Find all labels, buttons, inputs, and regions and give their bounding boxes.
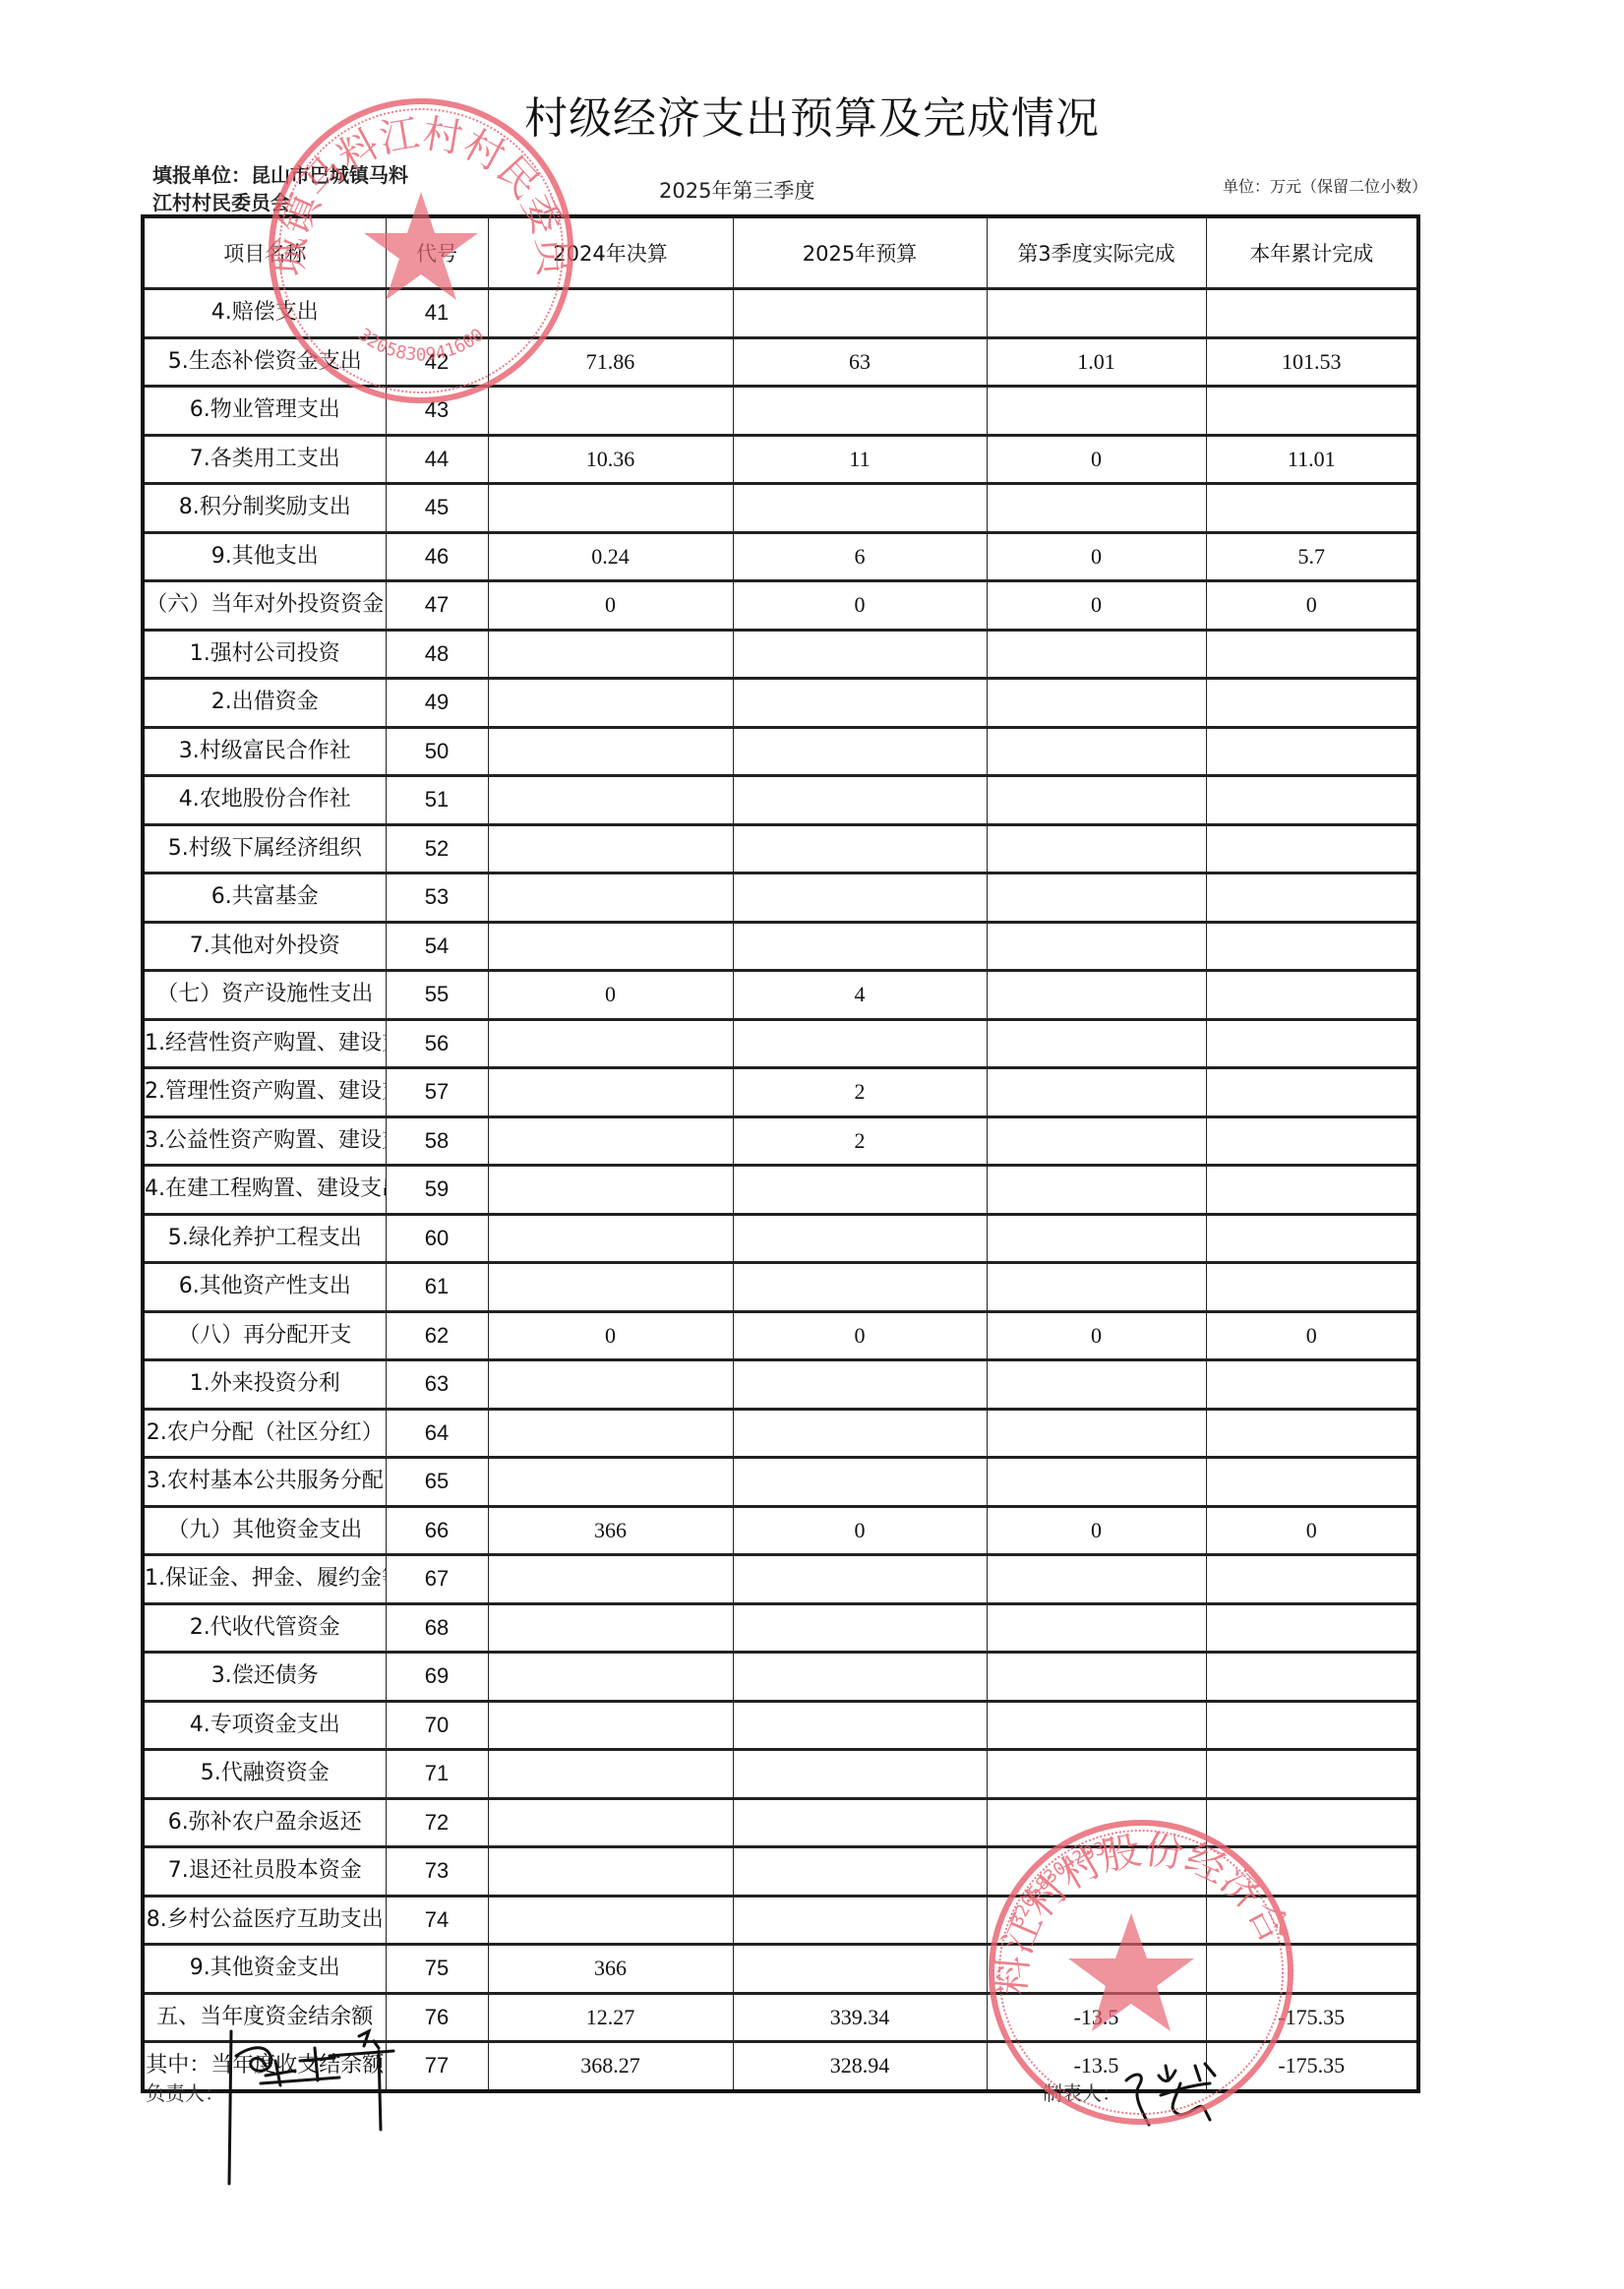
item-name-cell: （九）其他资金支出 [143, 1506, 386, 1555]
q3-actual-cell [987, 1360, 1206, 1410]
table-row: 1.外来投资分利63 [143, 1360, 1418, 1410]
table-row: 2.出借资金49 [143, 679, 1418, 728]
final-2024-cell: 0.24 [488, 532, 733, 581]
code-cell: 51 [386, 776, 488, 825]
final-2024-cell [488, 1798, 733, 1847]
item-name-cell: 4.在建工程购置、建设支出 [143, 1166, 386, 1215]
q3-actual-cell [987, 289, 1206, 338]
final-2024-cell: 0 [488, 1311, 733, 1360]
table-row: 其中：当年度收支结余额77368.27328.94-13.5-175.35 [143, 2042, 1418, 2091]
budget-2025-cell: 4 [733, 971, 987, 1020]
item-name-cell: 9.其他资金支出 [143, 1945, 386, 1994]
table-row: 5.村级下属经济组织52 [143, 824, 1418, 873]
item-name-cell: 3.村级富民合作社 [143, 727, 386, 776]
item-name-cell: 1.经营性资产购置、建设支出 [143, 1019, 386, 1068]
budget-2025-cell [733, 1019, 987, 1068]
final-2024-cell [488, 824, 733, 873]
ytd-completed-cell: 0 [1206, 1506, 1418, 1555]
budget-2025-cell [733, 484, 987, 533]
q3-actual-cell [987, 873, 1206, 923]
ytd-completed-cell [1206, 1701, 1418, 1750]
code-cell: 46 [386, 532, 488, 581]
table-row: （八）再分配开支620000 [143, 1311, 1418, 1360]
budget-2025-cell: 2 [733, 1116, 987, 1166]
final-2024-cell [488, 727, 733, 776]
item-name-cell: 4.赔偿支出 [143, 289, 386, 338]
q3-actual-cell [987, 679, 1206, 728]
code-cell: 43 [386, 387, 488, 436]
q3-actual-cell [987, 1653, 1206, 1702]
table-row: 6.其他资产性支出61 [143, 1263, 1418, 1312]
ytd-completed-cell [1206, 1603, 1418, 1653]
code-cell: 75 [386, 1945, 488, 1994]
item-name-cell: 5.代融资资金 [143, 1750, 386, 1799]
table-row: 6.共富基金53 [143, 873, 1418, 923]
q3-actual-cell [987, 971, 1206, 1020]
budget-2025-cell [733, 873, 987, 923]
final-2024-cell [488, 387, 733, 436]
final-2024-cell [488, 484, 733, 533]
q3-actual-cell: 0 [987, 435, 1206, 484]
final-2024-cell: 368.27 [488, 2042, 733, 2091]
ytd-completed-cell [1206, 387, 1418, 436]
q3-actual-cell [987, 387, 1206, 436]
item-name-cell: 6.弥补农户盈余返还 [143, 1798, 386, 1847]
final-2024-cell [488, 776, 733, 825]
item-name-cell: 8.乡村公益医疗互助支出 [143, 1896, 386, 1945]
item-name-cell: 9.其他支出 [143, 532, 386, 581]
item-name-cell: 1.外来投资分利 [143, 1360, 386, 1410]
q3-actual-cell: 0 [987, 1506, 1206, 1555]
q3-actual-cell [987, 922, 1206, 971]
responsible-person-label: 负责人： [146, 2078, 224, 2106]
ytd-completed-cell [1206, 1166, 1418, 1215]
q3-actual-cell: 0 [987, 532, 1206, 581]
item-name-cell: 6.共富基金 [143, 873, 386, 923]
code-cell: 71 [386, 1750, 488, 1799]
table-row: 5.绿化养护工程支出60 [143, 1214, 1418, 1263]
final-2024-cell: 366 [488, 1945, 733, 1994]
table-row: 9.其他资金支出75366 [143, 1945, 1418, 1994]
ytd-completed-cell [1206, 1409, 1418, 1458]
ytd-completed-cell [1206, 873, 1418, 923]
table-row: 3.偿还债务69 [143, 1653, 1418, 1702]
code-cell: 72 [386, 1798, 488, 1847]
code-cell: 62 [386, 1311, 488, 1360]
table-row: 1.保证金、押金、履约金等67 [143, 1555, 1418, 1604]
budget-2025-cell [733, 1409, 987, 1458]
table-row: 6.弥补农户盈余返还72 [143, 1798, 1418, 1847]
budget-2025-cell [733, 1847, 987, 1897]
code-cell: 47 [386, 581, 488, 631]
ytd-completed-cell: 101.53 [1206, 337, 1418, 387]
final-2024-cell [488, 1603, 733, 1653]
ytd-completed-cell [1206, 1214, 1418, 1263]
budget-2025-cell: 328.94 [733, 2042, 987, 2091]
budget-2025-cell: 63 [733, 337, 987, 387]
item-name-cell: 7.其他对外投资 [143, 922, 386, 971]
code-cell: 64 [386, 1409, 488, 1458]
q3-actual-cell: -13.5 [987, 1993, 1206, 2042]
code-cell: 57 [386, 1068, 488, 1117]
table-row: 5.代融资资金71 [143, 1750, 1418, 1799]
header-2025-budget: 2025年预算 [733, 216, 987, 289]
table-row: 4.农地股份合作社51 [143, 776, 1418, 825]
table-row: 2.农户分配（社区分红）64 [143, 1409, 1418, 1458]
q3-actual-cell [987, 1701, 1206, 1750]
final-2024-cell [488, 1116, 733, 1166]
budget-2025-cell: 11 [733, 435, 987, 484]
ytd-completed-cell [1206, 1458, 1418, 1507]
code-cell: 69 [386, 1653, 488, 1702]
q3-actual-cell [987, 1458, 1206, 1507]
table-row: 7.各类用工支出4410.3611011.01 [143, 435, 1418, 484]
budget-2025-cell [733, 1945, 987, 1994]
item-name-cell: 5.生态补偿资金支出 [143, 337, 386, 387]
budget-2025-cell [733, 1458, 987, 1507]
budget-2025-cell [733, 1555, 987, 1604]
code-cell: 70 [386, 1701, 488, 1750]
preparer-label: 制表人： [1043, 2078, 1121, 2106]
q3-actual-cell [987, 1896, 1206, 1945]
budget-2025-cell [733, 1701, 987, 1750]
table-row: 4.在建工程购置、建设支出59 [143, 1166, 1418, 1215]
q3-actual-cell [987, 1263, 1206, 1312]
code-cell: 67 [386, 1555, 488, 1604]
final-2024-cell [488, 873, 733, 923]
budget-2025-cell [733, 1263, 987, 1312]
budget-2025-cell [733, 824, 987, 873]
final-2024-cell [488, 679, 733, 728]
code-cell: 66 [386, 1506, 488, 1555]
ytd-completed-cell: -175.35 [1206, 1993, 1418, 2042]
item-name-cell: 2.出借资金 [143, 679, 386, 728]
ytd-completed-cell [1206, 630, 1418, 679]
budget-2025-cell [733, 630, 987, 679]
item-name-cell: 4.农地股份合作社 [143, 776, 386, 825]
ytd-completed-cell [1206, 1798, 1418, 1847]
q3-actual-cell [987, 1166, 1206, 1215]
item-name-cell: 1.保证金、押金、履约金等 [143, 1555, 386, 1604]
final-2024-cell [488, 922, 733, 971]
final-2024-cell [488, 1214, 733, 1263]
code-cell: 60 [386, 1214, 488, 1263]
header-ytd-completed: 本年累计完成 [1206, 216, 1418, 289]
item-name-cell: 4.专项资金支出 [143, 1701, 386, 1750]
table-row: 5.生态补偿资金支出4271.86631.01101.53 [143, 337, 1418, 387]
budget-2025-cell [733, 922, 987, 971]
table-row: （九）其他资金支出66366000 [143, 1506, 1418, 1555]
final-2024-cell: 0 [488, 581, 733, 631]
item-name-cell: （八）再分配开支 [143, 1311, 386, 1360]
q3-actual-cell [987, 1116, 1206, 1166]
ytd-completed-cell [1206, 1019, 1418, 1068]
final-2024-cell [488, 1019, 733, 1068]
code-cell: 45 [386, 484, 488, 533]
budget-2025-cell [733, 387, 987, 436]
budget-2025-cell [733, 1214, 987, 1263]
table-row: 五、当年度资金结余额7612.27339.34-13.5-175.35 [143, 1993, 1418, 2042]
final-2024-cell [488, 1458, 733, 1507]
code-cell: 48 [386, 630, 488, 679]
code-cell: 77 [386, 2042, 488, 2091]
table-row: 1.经营性资产购置、建设支出56 [143, 1019, 1418, 1068]
item-name-cell: （七）资产设施性支出 [143, 971, 386, 1020]
q3-actual-cell [987, 1555, 1206, 1604]
code-cell: 41 [386, 289, 488, 338]
q3-actual-cell [987, 1750, 1206, 1799]
code-cell: 68 [386, 1603, 488, 1653]
final-2024-cell [488, 1166, 733, 1215]
ytd-completed-cell [1206, 824, 1418, 873]
final-2024-cell [488, 1847, 733, 1897]
budget-2025-cell: 0 [733, 581, 987, 631]
ytd-completed-cell: 11.01 [1206, 435, 1418, 484]
expenditure-table: 项目名称 代号 2024年决算 2025年预算 第3季度实际完成 本年累计完成 … [141, 214, 1420, 2093]
final-2024-cell: 366 [488, 1506, 733, 1555]
budget-2025-cell [733, 1166, 987, 1215]
table-row: 2.代收代管资金68 [143, 1603, 1418, 1653]
budget-2025-cell [733, 1896, 987, 1945]
item-name-cell: 2.农户分配（社区分红） [143, 1409, 386, 1458]
table-row: 3.农村基本公共服务分配65 [143, 1458, 1418, 1507]
ytd-completed-cell [1206, 922, 1418, 971]
q3-actual-cell [987, 1214, 1206, 1263]
table-header-row: 项目名称 代号 2024年决算 2025年预算 第3季度实际完成 本年累计完成 [143, 216, 1418, 289]
table-row: 8.积分制奖励支出45 [143, 484, 1418, 533]
table-row: 4.赔偿支出41 [143, 289, 1418, 338]
table-row: 9.其他支出460.24605.7 [143, 532, 1418, 581]
final-2024-cell [488, 1750, 733, 1799]
budget-2025-cell [733, 1750, 987, 1799]
budget-2025-cell [733, 1603, 987, 1653]
table-row: （七）资产设施性支出5504 [143, 971, 1418, 1020]
code-cell: 58 [386, 1116, 488, 1166]
q3-actual-cell: 0 [987, 581, 1206, 631]
code-cell: 42 [386, 337, 488, 387]
final-2024-cell: 71.86 [488, 337, 733, 387]
final-2024-cell [488, 1653, 733, 1702]
code-cell: 73 [386, 1847, 488, 1897]
ytd-completed-cell [1206, 1847, 1418, 1897]
ytd-completed-cell: 0 [1206, 1311, 1418, 1360]
ytd-completed-cell: 5.7 [1206, 532, 1418, 581]
table-row: 1.强村公司投资48 [143, 630, 1418, 679]
code-cell: 50 [386, 727, 488, 776]
code-cell: 52 [386, 824, 488, 873]
q3-actual-cell [987, 1847, 1206, 1897]
code-cell: 65 [386, 1458, 488, 1507]
q3-actual-cell [987, 484, 1206, 533]
item-name-cell: 3.农村基本公共服务分配 [143, 1458, 386, 1507]
final-2024-cell [488, 1701, 733, 1750]
budget-2025-cell: 6 [733, 532, 987, 581]
q3-actual-cell [987, 776, 1206, 825]
ytd-completed-cell [1206, 1263, 1418, 1312]
table-row: 7.退还社员股本资金73 [143, 1847, 1418, 1897]
table-row: 3.公益性资产购置、建设支出582 [143, 1116, 1418, 1166]
budget-2025-cell [733, 1798, 987, 1847]
ytd-completed-cell [1206, 1653, 1418, 1702]
code-cell: 56 [386, 1019, 488, 1068]
page-title: 村级经济支出预算及完成情况 [0, 83, 1624, 146]
header-code: 代号 [386, 216, 488, 289]
item-name-cell: 7.各类用工支出 [143, 435, 386, 484]
ytd-completed-cell [1206, 1068, 1418, 1117]
item-name-cell: 2.代收代管资金 [143, 1603, 386, 1653]
q3-actual-cell [987, 1068, 1206, 1117]
final-2024-cell [488, 1360, 733, 1410]
ytd-completed-cell [1206, 727, 1418, 776]
q3-actual-cell [987, 1603, 1206, 1653]
header-2024-final: 2024年决算 [488, 216, 733, 289]
table-row: 3.村级富民合作社50 [143, 727, 1418, 776]
item-name-cell: 8.积分制奖励支出 [143, 484, 386, 533]
budget-2025-cell [733, 1360, 987, 1410]
ytd-completed-cell [1206, 289, 1418, 338]
q3-actual-cell: 1.01 [987, 337, 1206, 387]
final-2024-cell [488, 1263, 733, 1312]
final-2024-cell: 0 [488, 971, 733, 1020]
final-2024-cell [488, 289, 733, 338]
final-2024-cell [488, 1068, 733, 1117]
code-cell: 63 [386, 1360, 488, 1410]
table-row: 8.乡村公益医疗互助支出74 [143, 1896, 1418, 1945]
ytd-completed-cell: 0 [1206, 581, 1418, 631]
item-name-cell: 2.管理性资产购置、建设支出 [143, 1068, 386, 1117]
item-name-cell: 7.退还社员股本资金 [143, 1847, 386, 1897]
code-cell: 55 [386, 971, 488, 1020]
q3-actual-cell [987, 727, 1206, 776]
budget-2025-cell: 2 [733, 1068, 987, 1117]
table-row: 6.物业管理支出43 [143, 387, 1418, 436]
item-name-cell: 5.村级下属经济组织 [143, 824, 386, 873]
table-row: （六）当年对外投资资金470000 [143, 581, 1418, 631]
item-name-cell: 3.公益性资产购置、建设支出 [143, 1116, 386, 1166]
final-2024-cell: 10.36 [488, 435, 733, 484]
budget-2025-cell: 339.34 [733, 1993, 987, 2042]
item-name-cell: 1.强村公司投资 [143, 630, 386, 679]
budget-2025-cell [733, 679, 987, 728]
budget-2025-cell: 0 [733, 1506, 987, 1555]
item-name-cell: （六）当年对外投资资金 [143, 581, 386, 631]
item-name-cell: 5.绿化养护工程支出 [143, 1214, 386, 1263]
final-2024-cell [488, 630, 733, 679]
ytd-completed-cell [1206, 1360, 1418, 1410]
header-item-name: 项目名称 [143, 216, 386, 289]
budget-2025-cell [733, 776, 987, 825]
final-2024-cell [488, 1896, 733, 1945]
ytd-completed-cell: -175.35 [1206, 2042, 1418, 2091]
reporting-unit: 填报单位：昆山市巴城镇马料江村村民委员会 [152, 161, 408, 216]
code-cell: 54 [386, 922, 488, 971]
table-body: 4.赔偿支出415.生态补偿资金支出4271.86631.01101.536.物… [143, 289, 1418, 2091]
ytd-completed-cell [1206, 484, 1418, 533]
budget-2025-cell [733, 289, 987, 338]
code-cell: 76 [386, 1993, 488, 2042]
code-cell: 59 [386, 1166, 488, 1215]
final-2024-cell [488, 1555, 733, 1604]
q3-actual-cell [987, 1409, 1206, 1458]
q3-actual-cell [987, 630, 1206, 679]
ytd-completed-cell [1206, 776, 1418, 825]
item-name-cell: 3.偿还债务 [143, 1653, 386, 1702]
q3-actual-cell [987, 1945, 1206, 1994]
ytd-completed-cell [1206, 1750, 1418, 1799]
q3-actual-cell [987, 1798, 1206, 1847]
ytd-completed-cell [1206, 1555, 1418, 1604]
code-cell: 61 [386, 1263, 488, 1312]
ytd-completed-cell [1206, 971, 1418, 1020]
header-q3-actual: 第3季度实际完成 [987, 216, 1206, 289]
table-row: 2.管理性资产购置、建设支出572 [143, 1068, 1418, 1117]
item-name-cell: 五、当年度资金结余额 [143, 1993, 386, 2042]
ytd-completed-cell [1206, 1945, 1418, 1994]
table-row: 4.专项资金支出70 [143, 1701, 1418, 1750]
table-row: 7.其他对外投资54 [143, 922, 1418, 971]
code-cell: 74 [386, 1896, 488, 1945]
code-cell: 53 [386, 873, 488, 923]
ytd-completed-cell [1206, 1896, 1418, 1945]
q3-actual-cell: 0 [987, 1311, 1206, 1360]
item-name-cell: 6.其他资产性支出 [143, 1263, 386, 1312]
unit-note: 单位：万元（保留二位小数） [1223, 174, 1427, 197]
code-cell: 49 [386, 679, 488, 728]
q3-actual-cell [987, 824, 1206, 873]
final-2024-cell: 12.27 [488, 1993, 733, 2042]
final-2024-cell [488, 1409, 733, 1458]
reporting-period: 2025年第三季度 [659, 175, 814, 205]
budget-2025-cell [733, 1653, 987, 1702]
budget-2025-cell [733, 727, 987, 776]
item-name-cell: 6.物业管理支出 [143, 387, 386, 436]
q3-actual-cell [987, 1019, 1206, 1068]
code-cell: 44 [386, 435, 488, 484]
ytd-completed-cell [1206, 679, 1418, 728]
ytd-completed-cell [1206, 1116, 1418, 1166]
budget-2025-cell: 0 [733, 1311, 987, 1360]
